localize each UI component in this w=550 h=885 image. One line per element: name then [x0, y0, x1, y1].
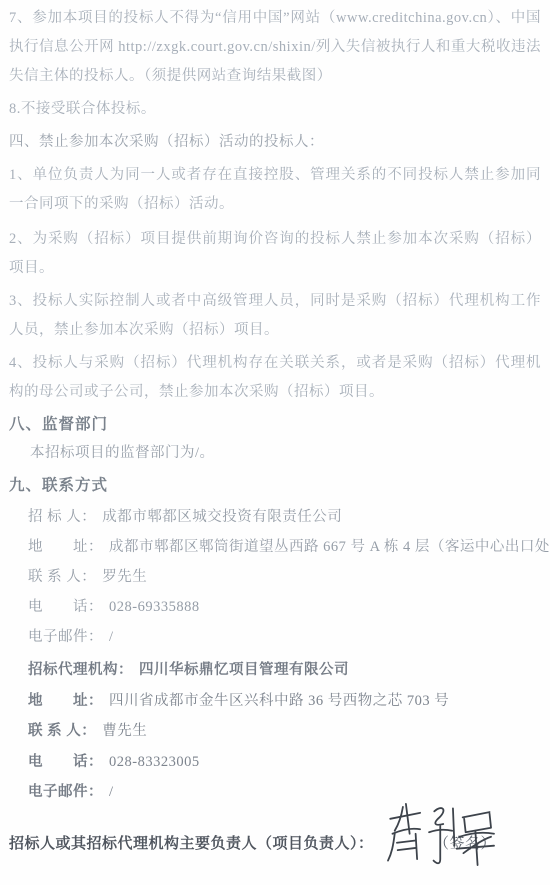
tenderer-phone-label: 电 话：	[28, 592, 103, 622]
agency-contact-person-value: 曹先生	[102, 723, 147, 739]
agency-email-value: /	[109, 784, 114, 800]
agency-phone-label: 电 话：	[28, 747, 103, 778]
tenderer-contact-block: 招 标 人：成都市郫都区城交投资有限责任公司 地 址：成都市郫都区郫筒街道望丛西…	[9, 502, 541, 652]
tenderer-phone-value: 028-69335888	[109, 599, 200, 615]
agency-address-value: 四川省成都市金牛区兴科中路 36 号西物之芯 703 号	[109, 693, 449, 709]
agency-phone-value: 028-83323005	[109, 754, 200, 770]
agency-name-value: 四川华标鼎忆项目管理有限公司	[139, 662, 349, 678]
signature-line-label: 招标人或其招标代理机构主要负责人（项目负责人）：	[9, 836, 374, 852]
section4-item-4: 4、投标人与采购（招标）代理机构存在关联关系，或者是采购（招标）代理机构的母公司…	[9, 349, 541, 407]
tenderer-email-row: 电子邮件：/	[28, 622, 541, 652]
tenderer-name-row: 招 标 人：成都市郫都区城交投资有限责任公司	[28, 502, 541, 532]
agency-email-label: 电子邮件：	[28, 777, 103, 808]
section4-heading: 四、禁止参加本次采购（招标）活动的投标人：	[9, 128, 541, 157]
tender-document-page: 7、参加本项目的投标人不得为“信用中国”网站（www.creditchina.g…	[0, 0, 550, 885]
tenderer-address-row: 地 址：成都市郫都区郫筒街道望丛西路 667 号 A 栋 4 层（客运中心出口处…	[28, 532, 541, 562]
section8-heading-supervision-dept: 八、监督部门	[9, 410, 541, 439]
agency-contact-block: 招标代理机构：四川华标鼎忆项目管理有限公司 地 址：四川省成都市金牛区兴科中路 …	[9, 655, 541, 808]
tenderer-email-label: 电子邮件：	[28, 622, 103, 652]
section4-item-1: 1、单位负责人为同一人或者存在直接控股、管理关系的不同投标人禁止参加同一合同项下…	[9, 161, 541, 219]
tenderer-contact-person-value: 罗先生	[102, 569, 147, 585]
handwritten-signature	[385, 790, 497, 876]
tenderer-contact-person-row: 联 系 人：罗先生	[28, 562, 541, 592]
tenderer-address-label: 地 址：	[28, 532, 103, 562]
agency-name-row: 招标代理机构：四川华标鼎忆项目管理有限公司	[28, 655, 541, 686]
agency-name-label: 招标代理机构：	[28, 655, 133, 686]
tenderer-contact-person-label: 联 系 人：	[28, 562, 96, 592]
clause-8-no-consortium: 8.不接受联合体投标。	[9, 95, 541, 124]
agency-contact-person-label: 联 系 人：	[28, 716, 96, 747]
agency-address-label: 地 址：	[28, 686, 103, 717]
tenderer-phone-row: 电 话：028-69335888	[28, 592, 541, 622]
agency-phone-row: 电 话：028-83323005	[28, 747, 541, 778]
tenderer-address-value: 成都市郫都区郫筒街道望丛西路 667 号 A 栋 4 层（客运中心出口处）	[109, 539, 550, 555]
section8-body: 本招标项目的监督部门为/。	[9, 439, 541, 468]
tenderer-email-value: /	[109, 629, 114, 645]
tenderer-name-label: 招 标 人：	[28, 502, 96, 532]
clause-7-credit-china: 7、参加本项目的投标人不得为“信用中国”网站（www.creditchina.g…	[9, 4, 541, 91]
agency-address-row: 地 址：四川省成都市金牛区兴科中路 36 号西物之芯 703 号	[28, 686, 541, 717]
section4-item-3: 3、投标人实际控制人或者中高级管理人员，同时是采购（招标）代理机构工作人员，禁止…	[9, 287, 541, 345]
section9-heading-contact-info: 九、联系方式	[9, 471, 541, 500]
agency-contact-person-row: 联 系 人：曹先生	[28, 716, 541, 747]
tenderer-name-value: 成都市郫都区城交投资有限责任公司	[102, 509, 342, 525]
section4-item-2: 2、为采购（招标）项目提供前期询价咨询的投标人禁止参加本次采购（招标）项目。	[9, 225, 541, 283]
